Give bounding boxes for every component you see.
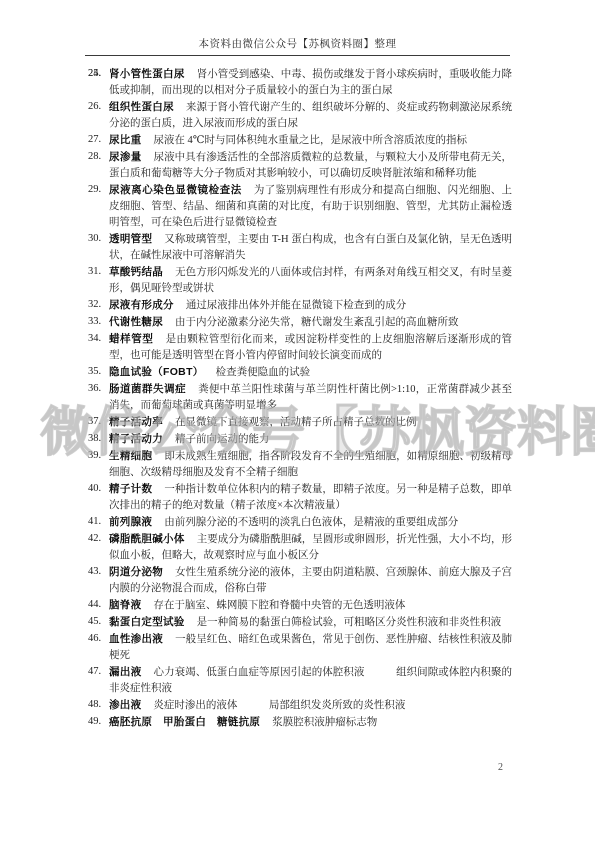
item-term: 肠道菌群失调症 [109,383,186,395]
item-number: 43. [88,564,101,580]
item-number: 33. [88,314,101,330]
item-body: 肾小管性蛋白尿肾小管受到感染、中毒、损伤或继发于肾小球疾病时，重吸收能力降低或抑… [109,69,512,96]
list-item: 36. 肠道菌群失调症粪便中革兰阳性球菌与革兰阴性杆菌比例>1:10，正常菌群减… [88,381,512,414]
item-number: 46. [88,631,101,647]
item-definition: 精子前向运动的能力 [175,434,270,445]
item-term: 渗出液 [109,699,141,711]
item-term: 草酸钙结晶 [109,266,163,278]
item-term: 癌胚抗原 甲胎蛋白 糖链抗原 [109,716,260,728]
item-definition: 通过尿液排出体外并能在显微镜下检查到的成分 [186,300,407,311]
item-term: 尿液离心染色显微镜检查法 [109,184,242,196]
list-item: 47. 漏出液心力衰竭、低蛋白血症等原因引起的体腔积液 组织间隙或体腔内积聚的非… [88,664,512,697]
item-term: 尿比重 [109,134,141,146]
item-number: 37. [88,414,101,430]
list-item: 41. 前列腺液由前列腺分泌的不透明的淡乳白色液体，是精液的重要组成部分 [88,514,512,531]
item-number: 42. [88,531,101,547]
item-body: 透明管型又称玻璃管型，主要由 T-H 蛋白构成，也含有白蛋白及氯化钠，呈无色透明… [109,234,512,261]
item-number: 48. [88,697,101,713]
item-term: 精子计数 [109,483,152,495]
item-body: 草酸钙结晶无色方形闪烁发光的八面体或信封样，有两条对角线互相交叉，有时呈菱形，偶… [109,267,512,294]
item-body: 尿液离心染色显微镜检查法为了鉴别病理性有形成分和提高白细胞、闪光细胞、上皮细胞、… [109,185,512,228]
list-item: 29. 尿液离心染色显微镜检查法为了鉴别病理性有形成分和提高白细胞、闪光细胞、上… [88,182,512,231]
item-definition: 炎症时渗出的液体 局部组织发炎所致的炎性积液 [153,700,405,711]
item-body: 血性渗出液一般呈红色、暗红色或果酱色，常见于创伤、恶性肿瘤、结核性积液及肺梗死 [109,634,512,661]
item-definition: 由前列腺分泌的不透明的淡乳白色液体，是精液的重要组成部分 [164,517,458,528]
item-term: 隐血试验（FOBT） [109,366,204,378]
item-definition: 浆膜腔积液肿瘤标志物 [272,717,377,728]
item-term: 透明管型 [109,233,152,245]
list-item: 48. 渗出液炎症时渗出的液体 局部组织发炎所致的炎性积液 [88,697,512,714]
page-header: 本资料由微信公众号【苏枫资料圈】整理 [85,36,510,51]
item-body: 精子活动力精子前向运动的能力 [109,434,270,445]
item-definition: 在显微镜下直接观察，活动精子所占精子总数的比例 [175,417,417,428]
item-body: 磷脂酰胆碱小体主要成分为磷脂酰胆碱，呈圆形或卵圆形，折光性强，大小不均，形似血小… [109,534,512,561]
item-term: 代谢性糖尿 [109,316,163,328]
item-number: 44. [88,597,101,613]
item-definition: 是一种简易的黏蛋白筛检试验，可粗略区分炎性积液和非炎性积液 [197,617,502,628]
item-body: 漏出液心力衰竭、低蛋白血症等原因引起的体腔积液 组织间隙或体腔内积聚的非炎症性积… [109,667,512,694]
item-number: 32. [88,297,101,313]
list-item: 45. 黏蛋白定型试验是一种简易的黏蛋白筛检试验，可粗略区分炎性积液和非炎性积液 [88,614,512,631]
item-definition: 女性生殖系统分泌的液体，主要由阴道粘膜、宫颈腺体、前庭大腺及子宫内膜的分泌物混合… [109,567,512,594]
document-page: 本资料由微信公众号【苏枫资料圈】整理 24. 25. 肾小管性蛋白尿肾小管受到感… [0,0,595,841]
list-item: 33. 代谢性糖尿由于内分泌激素分泌失常，糖代谢发生紊乱引起的高血糖所致 [88,314,512,331]
item-number: 49. [88,714,101,730]
list-item: 42. 磷脂酰胆碱小体主要成分为磷脂酰胆碱，呈圆形或卵圆形，折光性强，大小不均，… [88,531,512,564]
item-term: 前列腺液 [109,516,152,528]
item-body: 组织性蛋白尿来源于肾小管代谢产生的、组织破坏分解的、炎症或药物刺激泌尿系统分泌的… [109,102,512,129]
item-number: 25. [88,66,101,82]
item-definition: 检查粪便隐血的试验 [216,367,311,378]
item-number: 35. [88,364,101,380]
item-term: 尿渗量 [109,151,142,163]
list-item: 25. 肾小管性蛋白尿肾小管受到感染、中毒、损伤或继发于肾小球疾病时，重吸收能力… [88,66,512,99]
list-item: 32. 尿液有形成分通过尿液排出体外并能在显微镜下检查到的成分 [88,297,512,314]
item-number: 38. [88,431,101,447]
item-body: 精子计数一种指计数单位体积内的精子数量，即精子浓度。另一种是精子总数，即单次排出… [109,484,512,511]
item-number: 39. [88,448,101,464]
list-item: 43. 阴道分泌物女性生殖系统分泌的液体，主要由阴道粘膜、宫颈腺体、前庭大腺及子… [88,564,512,597]
item-term: 尿液有形成分 [109,299,174,311]
item-body: 精子活动率在显微镜下直接观察，活动精子所占精子总数的比例 [109,417,417,428]
item-term: 生精细胞 [109,450,152,462]
list-item: 40. 精子计数一种指计数单位体积内的精子数量，即精子浓度。另一种是精子总数，即… [88,481,512,514]
item-number: 47. [88,664,101,680]
list-item: 31. 草酸钙结晶无色方形闪烁发光的八面体或信封样，有两条对角线互相交叉，有时呈… [88,264,512,297]
item-body: 肠道菌群失调症粪便中革兰阳性球菌与革兰阴性杆菌比例>1:10，正常菌群减少甚至消… [109,384,512,411]
item-body: 尿比重尿液在 4℃时与同体积纯水重量之比，是尿液中所含溶质浓度的指标 [109,135,467,146]
list-item: 26. 组织性蛋白尿来源于肾小管代谢产生的、组织破坏分解的、炎症或药物刺激泌尿系… [88,99,512,132]
list-item: 38. 精子活动力精子前向运动的能力 [88,431,512,448]
item-number: 26. [88,99,101,115]
item-definition: 由于内分泌激素分泌失常，糖代谢发生紊乱引起的高血糖所致 [175,317,459,328]
item-number: 40. [88,481,101,497]
item-term: 漏出液 [109,666,142,678]
list-item: 37. 精子活动率在显微镜下直接观察，活动精子所占精子总数的比例 [88,414,512,431]
item-body: 蜡样管型是由颗粒管型衍化而来，或因淀粉样变性的上皮细胞溶解后逐渐形成的管型，也可… [109,334,512,361]
item-body: 脑脊液存在于脑室、蛛网膜下腔和脊髓中央管的无色透明液体 [109,600,405,611]
list-item: 30. 透明管型又称玻璃管型，主要由 T-H 蛋白构成，也含有白蛋白及氯化钠，呈… [88,231,512,264]
item-body: 黏蛋白定型试验是一种简易的黏蛋白筛检试验，可粗略区分炎性积液和非炎性积液 [109,617,501,628]
list-item: 46. 血性渗出液一般呈红色、暗红色或果酱色，常见于创伤、恶性肿瘤、结核性积液及… [88,631,512,664]
term-list: 24. 25. 肾小管性蛋白尿肾小管受到感染、中毒、损伤或继发于肾小球疾病时，重… [88,66,512,731]
page-number: 2 [498,762,503,773]
item-number: 29. [88,182,101,198]
list-item: 28. 尿渗量尿液中具有渗透活性的全部溶质微粒的总数量，与颗粒大小及所带电荷无关… [88,149,512,182]
item-number: 30. [88,231,101,247]
item-term: 精子活动率 [109,416,163,428]
item-definition: 无色方形闪烁发光的八面体或信封样，有两条对角线互相交叉，有时呈菱形，偶见哑铃型或… [109,267,512,294]
item-definition: 尿液在 4℃时与同体积纯水重量之比，是尿液中所含溶质浓度的指标 [153,135,467,146]
item-number: 34. [88,331,101,347]
item-term: 黏蛋白定型试验 [109,616,185,628]
list-item: 35. 隐血试验（FOBT）检查粪便隐血的试验 [88,364,512,381]
item-definition: 尿液中具有渗透活性的全部溶质微粒的总数量，与颗粒大小及所带电荷无关，蛋白质和葡萄… [109,152,512,179]
list-item: 39. 生精细胞即未成熟生殖细胞，指各阶段发育不全的生殖细胞，如精原细胞、初级精… [88,448,512,481]
list-item: 49. 癌胚抗原 甲胎蛋白 糖链抗原浆膜腔积液肿瘤标志物 [88,714,512,731]
item-term: 肾小管性蛋白尿 [109,68,185,80]
item-definition: 心力衰竭、低蛋白血症等原因引起的体腔积液 组织间隙或体腔内积聚的非炎症性积液 [109,667,512,694]
item-body: 尿渗量尿液中具有渗透活性的全部溶质微粒的总数量，与颗粒大小及所带电荷无关，蛋白质… [109,152,512,179]
item-term: 磷脂酰胆碱小体 [109,533,185,545]
item-body: 生精细胞即未成熟生殖细胞，指各阶段发育不全的生殖细胞，如精原细胞、初级精母细胞、… [109,451,512,478]
item-number: 27. [88,132,101,148]
item-number: 36. [88,381,101,397]
list-item: 44. 脑脊液存在于脑室、蛛网膜下腔和脊髓中央管的无色透明液体 [88,597,512,614]
item-body: 癌胚抗原 甲胎蛋白 糖链抗原浆膜腔积液肿瘤标志物 [109,717,377,728]
item-definition: 一种指计数单位体积内的精子数量，即精子浓度。另一种是精子总数，即单次排出的精子的… [109,484,512,511]
item-number: 31. [88,264,101,280]
item-number: 41. [88,514,101,530]
item-definition: 即未成熟生殖细胞，指各阶段发育不全的生殖细胞，如精原细胞、初级精母细胞、次级精母… [109,451,512,478]
item-term: 血性渗出液 [109,633,163,645]
item-body: 尿液有形成分通过尿液排出体外并能在显微镜下检查到的成分 [109,300,406,311]
item-body: 前列腺液由前列腺分泌的不透明的淡乳白色液体，是精液的重要组成部分 [109,517,458,528]
header-divider [85,55,510,56]
item-number: 28. [88,149,101,165]
item-body: 隐血试验（FOBT）检查粪便隐血的试验 [109,367,310,378]
item-body: 渗出液炎症时渗出的液体 局部组织发炎所致的炎性积液 [109,700,405,711]
list-item: 34. 蜡样管型是由颗粒管型衍化而来，或因淀粉样变性的上皮细胞溶解后逐渐形成的管… [88,331,512,364]
item-definition: 是由颗粒管型衍化而来，或因淀粉样变性的上皮细胞溶解后逐渐形成的管型，也可能是透明… [109,334,512,361]
list-item: 27. 尿比重尿液在 4℃时与同体积纯水重量之比，是尿液中所含溶质浓度的指标 [88,132,512,149]
item-term: 阴道分泌物 [109,566,163,578]
item-number: 45. [88,614,101,630]
item-definition: 存在于脑室、蛛网膜下腔和脊髓中央管的无色透明液体 [153,600,405,611]
item-body: 阴道分泌物女性生殖系统分泌的液体，主要由阴道粘膜、宫颈腺体、前庭大腺及子宫内膜的… [109,567,512,594]
item-definition: 又称玻璃管型，主要由 T-H 蛋白构成，也含有白蛋白及氯化钠，呈无色透明状，在碱… [109,234,512,261]
item-term: 精子活动力 [109,433,163,445]
item-definition: 一般呈红色、暗红色或果酱色，常见于创伤、恶性肿瘤、结核性积液及肺梗死 [109,634,512,661]
item-term: 脑脊液 [109,599,141,611]
item-body: 代谢性糖尿由于内分泌激素分泌失常，糖代谢发生紊乱引起的高血糖所致 [109,317,459,328]
item-term: 蜡样管型 [109,333,154,345]
item-term: 组织性蛋白尿 [109,101,174,113]
